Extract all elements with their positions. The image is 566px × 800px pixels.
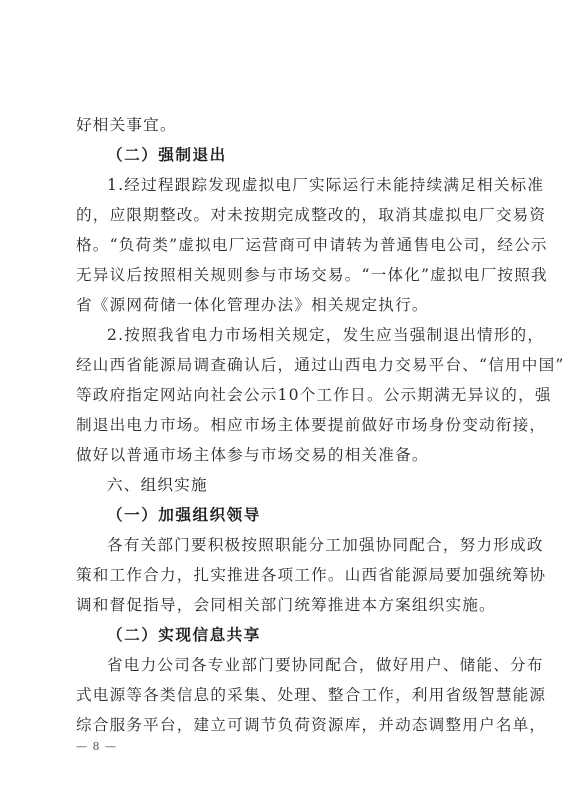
- body-text-line: 2.按照我省电力市场相关规定，发生应当强制退出情形的，: [76, 320, 492, 350]
- body-text-line: 经山西省能源局调查确认后，通过山西电力交易平台、“信用中国”: [76, 350, 492, 380]
- body-text-line: 无异议后按照相关规则参与市场交易。“一体化”虚拟电厂按照我: [76, 260, 492, 290]
- document-page: 好相关事宜。 （二）强制退出 1.经过程跟踪发现虚拟电厂实际运行未能持续满足相关…: [0, 0, 566, 800]
- body-text-line: 的，应限期整改。对未按期完成整改的，取消其虚拟电厂交易资: [76, 200, 492, 230]
- body-text-line: 格。“负荷类”虚拟电厂运营商可申请转为普通售电公司，经公示: [76, 230, 492, 260]
- body-text-line: 制退出电力市场。相应市场主体要提前做好市场身份变动衔接，: [76, 410, 492, 440]
- body-text-line: 做好以普通市场主体参与市场交易的相关准备。: [76, 440, 492, 470]
- body-text-line: 各有关部门要积极按照职能分工加强协同配合，努力形成政: [76, 530, 492, 560]
- subheading-leadership: （一）加强组织领导: [76, 500, 492, 530]
- subheading-forced-exit: （二）强制退出: [76, 140, 492, 170]
- body-text-line: 式电源等各类信息的采集、处理、整合工作，利用省级智慧能源: [76, 680, 492, 710]
- body-text-line: 省电力公司各专业部门要协同配合，做好用户、储能、分布: [76, 650, 492, 680]
- body-text-line: 省《源网荷储一体化管理办法》相关规定执行。: [76, 290, 492, 320]
- subheading-info-sharing: （二）实现信息共享: [76, 620, 492, 650]
- body-text-line: 调和督促指导，会同相关部门统筹推进本方案组织实施。: [76, 590, 492, 620]
- document-body: 好相关事宜。 （二）强制退出 1.经过程跟踪发现虚拟电厂实际运行未能持续满足相关…: [76, 110, 492, 740]
- body-text-line: 综合服务平台，建立可调节负荷资源库，并动态调整用户名单，: [76, 710, 492, 740]
- page-number: — 8 —: [76, 740, 117, 753]
- body-text-line: 策和工作合力，扎实推进各项工作。山西省能源局要加强统筹协: [76, 560, 492, 590]
- body-text-line: 1.经过程跟踪发现虚拟电厂实际运行未能持续满足相关标准: [76, 170, 492, 200]
- section-heading-organization: 六、组织实施: [76, 470, 492, 500]
- body-text-line: 好相关事宜。: [76, 110, 492, 140]
- body-text-line: 等政府指定网站向社会公示10个工作日。公示期满无异议的，强: [76, 380, 492, 410]
